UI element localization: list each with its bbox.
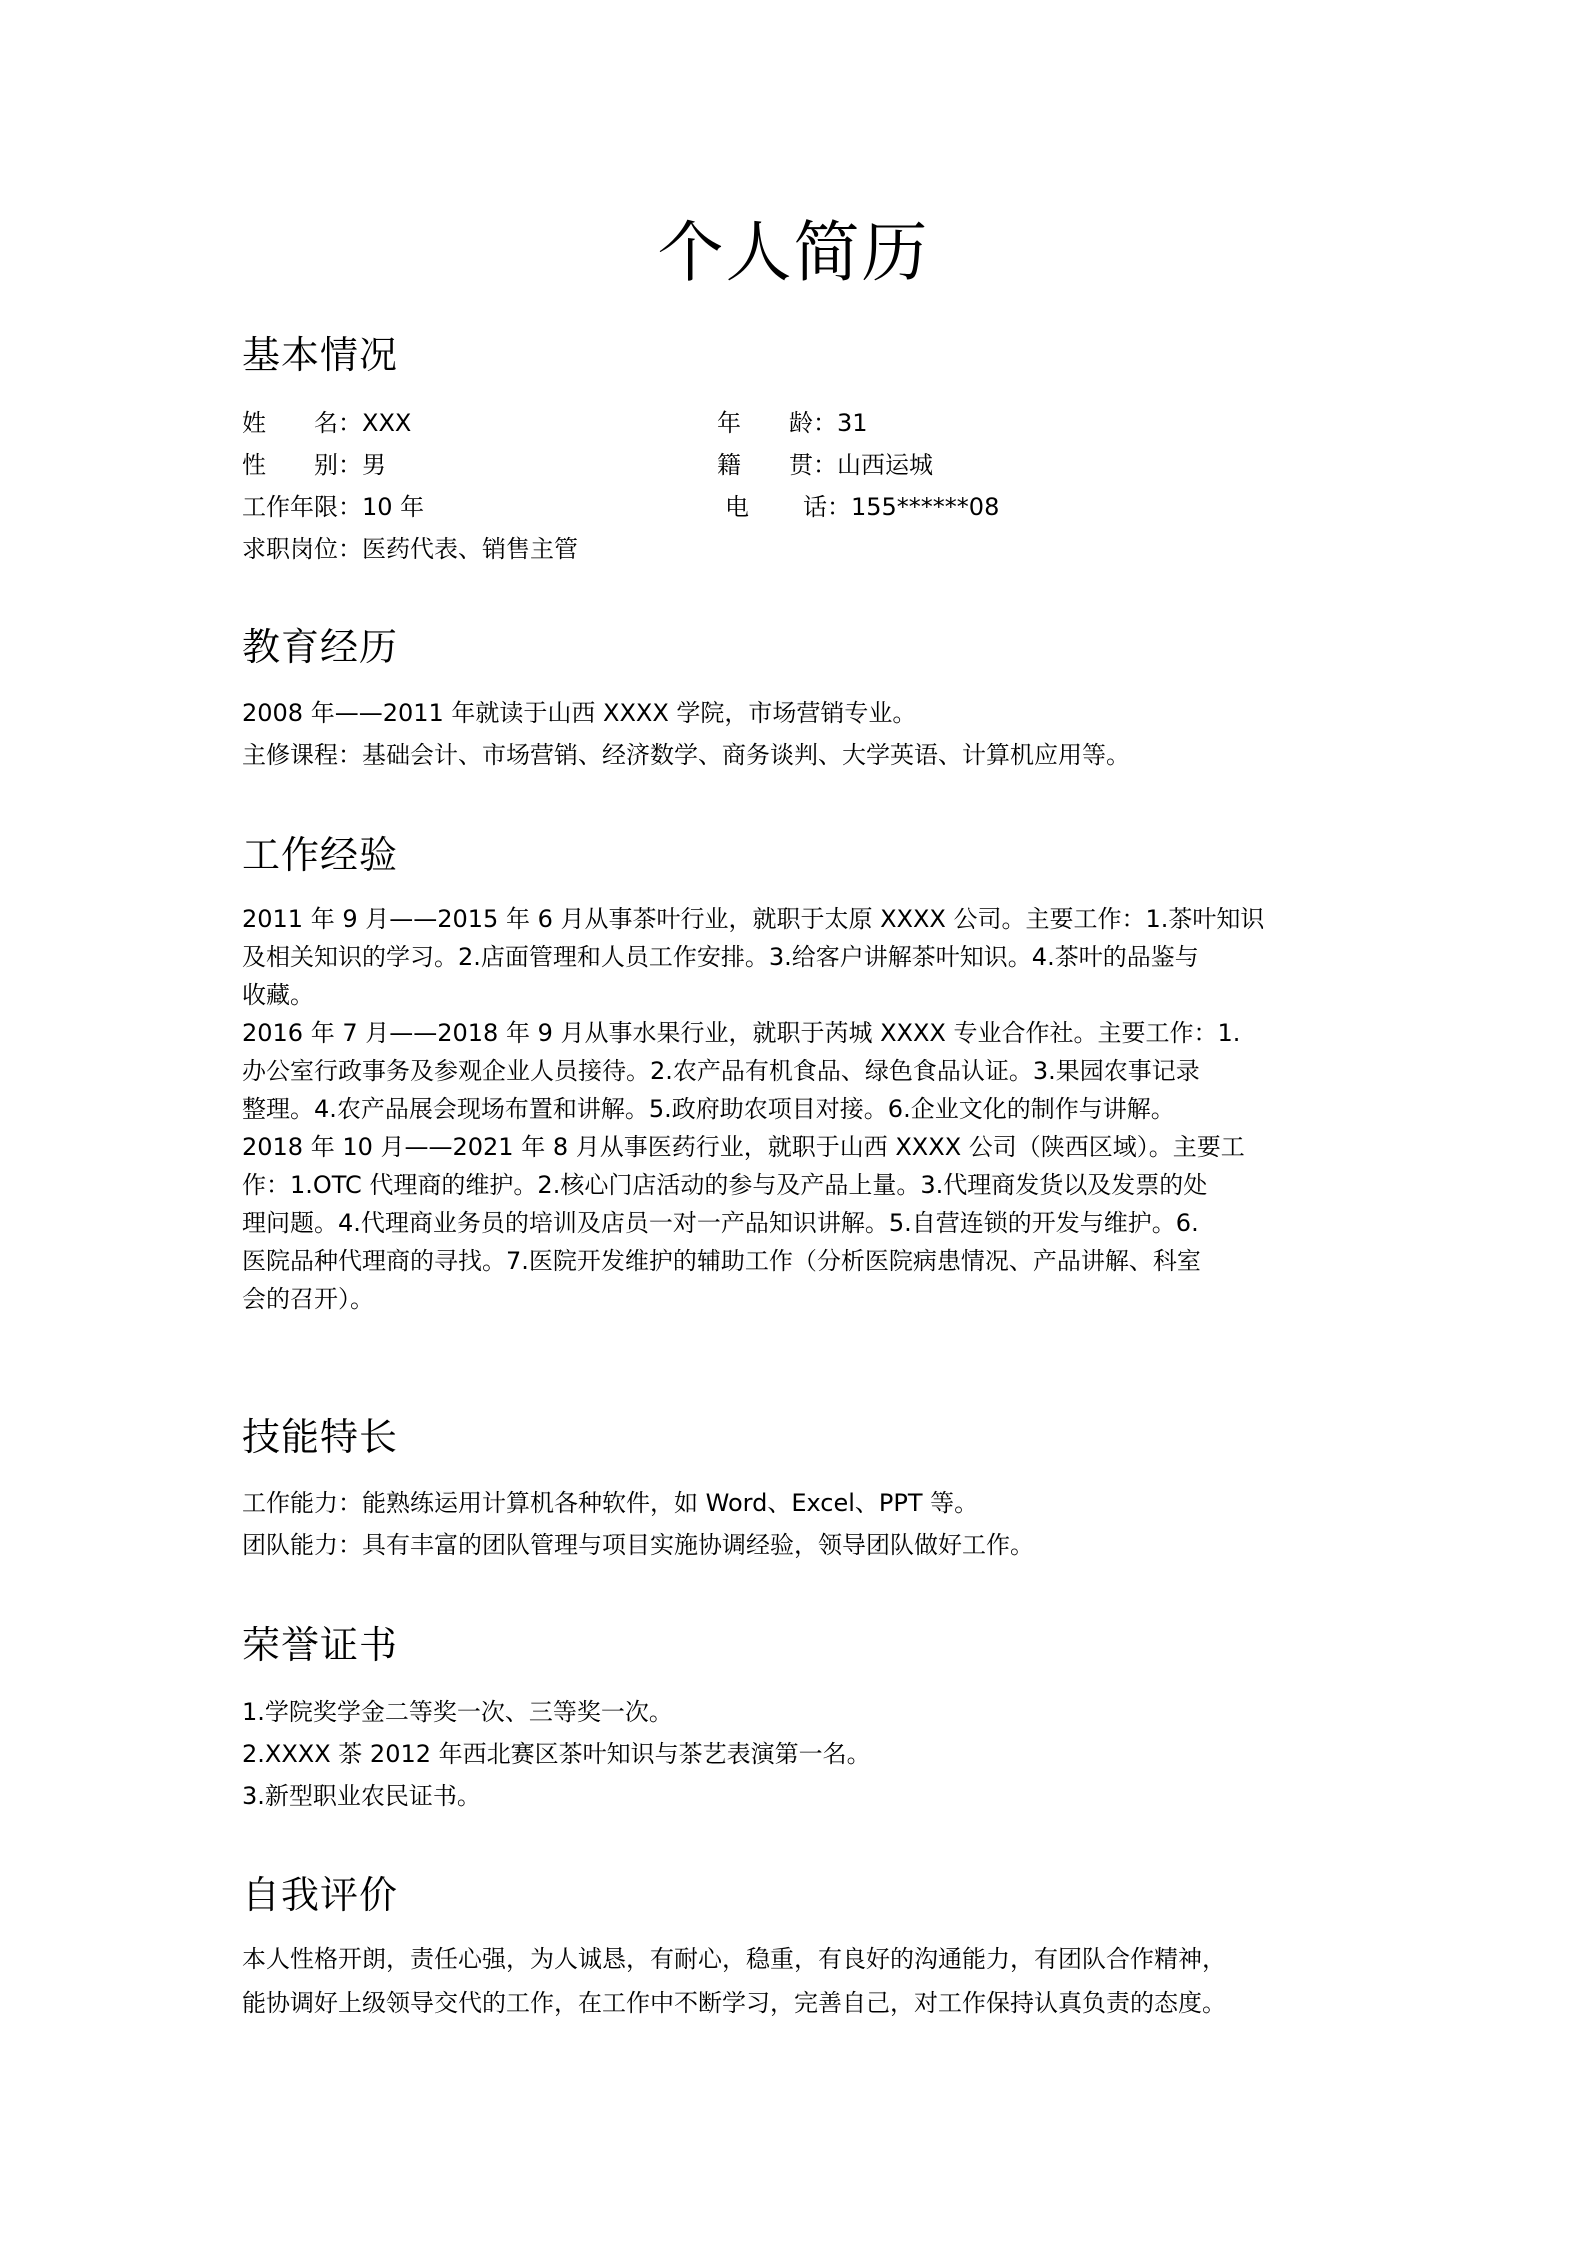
field-work-years: 工作年限：10 年 — [242, 486, 424, 528]
field-gender: 性 别：男 — [242, 444, 386, 486]
field-label-name: 姓 名 — [242, 402, 338, 444]
work-entry-line: 会的召开）。 — [242, 1280, 1346, 1318]
resume-page: 个人简历 基本情况 姓 名：XXX 年 龄：31 性 别：男 籍 贯：山西运城 … — [0, 0, 1587, 2245]
work-entry-line: 整理。4.农产品展会现场布置和讲解。5.政府助农项目对接。6.企业文化的制作与讲… — [242, 1090, 1346, 1128]
work-entry-line: 2016 年 7 月——2018 年 9 月从事水果行业，就职于芮城 XXXX … — [242, 1014, 1346, 1052]
work-entry: 2018 年 10 月——2021 年 8 月从事医药行业，就职于山西 XXXX… — [242, 1128, 1346, 1318]
skill-line: 团队能力：具有丰富的团队管理与项目实施协调经验，领导团队做好工作。 — [242, 1524, 1346, 1566]
work-entry-line: 医院品种代理商的寻找。7.医院开发维护的辅助工作（分析医院病患情况、产品讲解、科… — [242, 1242, 1346, 1280]
info-row-name-age: 姓 名：XXX 年 龄：31 — [242, 402, 1346, 444]
self-evaluation-block: 本人性格开朗，责任心强，为人诚恳，有耐心，稳重，有良好的沟通能力，有团队合作精神… — [242, 1937, 1346, 2025]
field-origin: 籍 贯：山西运城 — [717, 444, 933, 486]
field-label-target-position: 求职岗位 — [242, 535, 338, 563]
resume-title: 个人简历 — [0, 208, 1587, 298]
skills-block: 工作能力：能熟练运用计算机各种软件，如 Word、Excel、PPT 等。 团队… — [242, 1482, 1346, 1566]
field-value-work-years: 10 年 — [362, 493, 424, 521]
section-heading-honors: 荣誉证书 — [242, 1620, 398, 1670]
education-line: 主修课程：基础会计、市场营销、经济数学、商务谈判、大学英语、计算机应用等。 — [242, 734, 1346, 776]
skill-line: 工作能力：能熟练运用计算机各种软件，如 Word、Excel、PPT 等。 — [242, 1482, 1346, 1524]
section-heading-basic-info: 基本情况 — [242, 330, 398, 380]
field-value-name: XXX — [362, 409, 411, 437]
work-entry-line: 作：1.OTC 代理商的维护。2.核心门店活动的参与及产品上量。3.代理商发货以… — [242, 1166, 1346, 1204]
work-entry-line: 理问题。4.代理商业务员的培训及店员一对一产品知识讲解。5.自营连锁的开发与维护… — [242, 1204, 1346, 1242]
info-row-position: 求职岗位：医药代表、销售主管 — [242, 528, 1346, 570]
field-target-position: 求职岗位：医药代表、销售主管 — [242, 528, 578, 570]
honor-item: 3.新型职业农民证书。 — [242, 1775, 1346, 1817]
work-entry-line: 办公室行政事务及参观企业人员接待。2.农产品有机食品、绿色食品认证。3.果园农事… — [242, 1052, 1346, 1090]
field-value-target-position: 医药代表、销售主管 — [362, 535, 578, 563]
field-label-origin: 籍 贯 — [717, 444, 813, 486]
field-label-age: 年 龄 — [717, 402, 813, 444]
field-name: 姓 名：XXX — [242, 402, 411, 444]
field-phone: 电 话：155******08 — [725, 486, 999, 528]
work-entry-line: 及相关知识的学习。2.店面管理和人员工作安排。3.给客户讲解茶叶知识。4.茶叶的… — [242, 938, 1346, 976]
field-value-gender: 男 — [362, 451, 386, 479]
section-heading-education: 教育经历 — [242, 622, 398, 672]
info-row-gender-origin: 性 别：男 籍 贯：山西运城 — [242, 444, 1346, 486]
field-label-gender: 性 别 — [242, 444, 338, 486]
work-experience-block: 2011 年 9 月——2015 年 6 月从事茶叶行业，就职于太原 XXXX … — [242, 900, 1346, 1318]
work-entry-line: 2018 年 10 月——2021 年 8 月从事医药行业，就职于山西 XXXX… — [242, 1128, 1346, 1166]
section-heading-self-evaluation: 自我评价 — [242, 1870, 398, 1920]
honor-item: 2.XXXX 茶 2012 年西北赛区茶叶知识与茶艺表演第一名。 — [242, 1733, 1346, 1775]
basic-info-block: 姓 名：XXX 年 龄：31 性 别：男 籍 贯：山西运城 工作年限：10 年 … — [242, 402, 1346, 570]
section-heading-skills: 技能特长 — [242, 1412, 398, 1462]
field-label-work-years: 工作年限 — [242, 493, 338, 521]
field-value-age: 31 — [837, 409, 868, 437]
field-label-phone: 电 话 — [725, 486, 827, 528]
work-entry-line: 2011 年 9 月——2015 年 6 月从事茶叶行业，就职于太原 XXXX … — [242, 900, 1346, 938]
self-evaluation-line: 本人性格开朗，责任心强，为人诚恳，有耐心，稳重，有良好的沟通能力，有团队合作精神… — [242, 1937, 1346, 1981]
field-value-origin: 山西运城 — [837, 451, 933, 479]
education-block: 2008 年——2011 年就读于山西 XXXX 学院，市场营销专业。 主修课程… — [242, 692, 1346, 776]
work-entry: 2016 年 7 月——2018 年 9 月从事水果行业，就职于芮城 XXXX … — [242, 1014, 1346, 1128]
field-value-phone: 155******08 — [851, 493, 999, 521]
honor-item: 1.学院奖学金二等奖一次、三等奖一次。 — [242, 1691, 1346, 1733]
work-entry-line: 收藏。 — [242, 976, 1346, 1014]
work-entry: 2011 年 9 月——2015 年 6 月从事茶叶行业，就职于太原 XXXX … — [242, 900, 1346, 1014]
section-heading-work-experience: 工作经验 — [242, 830, 398, 880]
education-line: 2008 年——2011 年就读于山西 XXXX 学院，市场营销专业。 — [242, 692, 1346, 734]
self-evaluation-line: 能协调好上级领导交代的工作，在工作中不断学习，完善自己，对工作保持认真负责的态度… — [242, 1981, 1346, 2025]
field-age: 年 龄：31 — [717, 402, 868, 444]
honors-block: 1.学院奖学金二等奖一次、三等奖一次。 2.XXXX 茶 2012 年西北赛区茶… — [242, 1691, 1346, 1817]
info-row-years-phone: 工作年限：10 年 电 话：155******08 — [242, 486, 1346, 528]
